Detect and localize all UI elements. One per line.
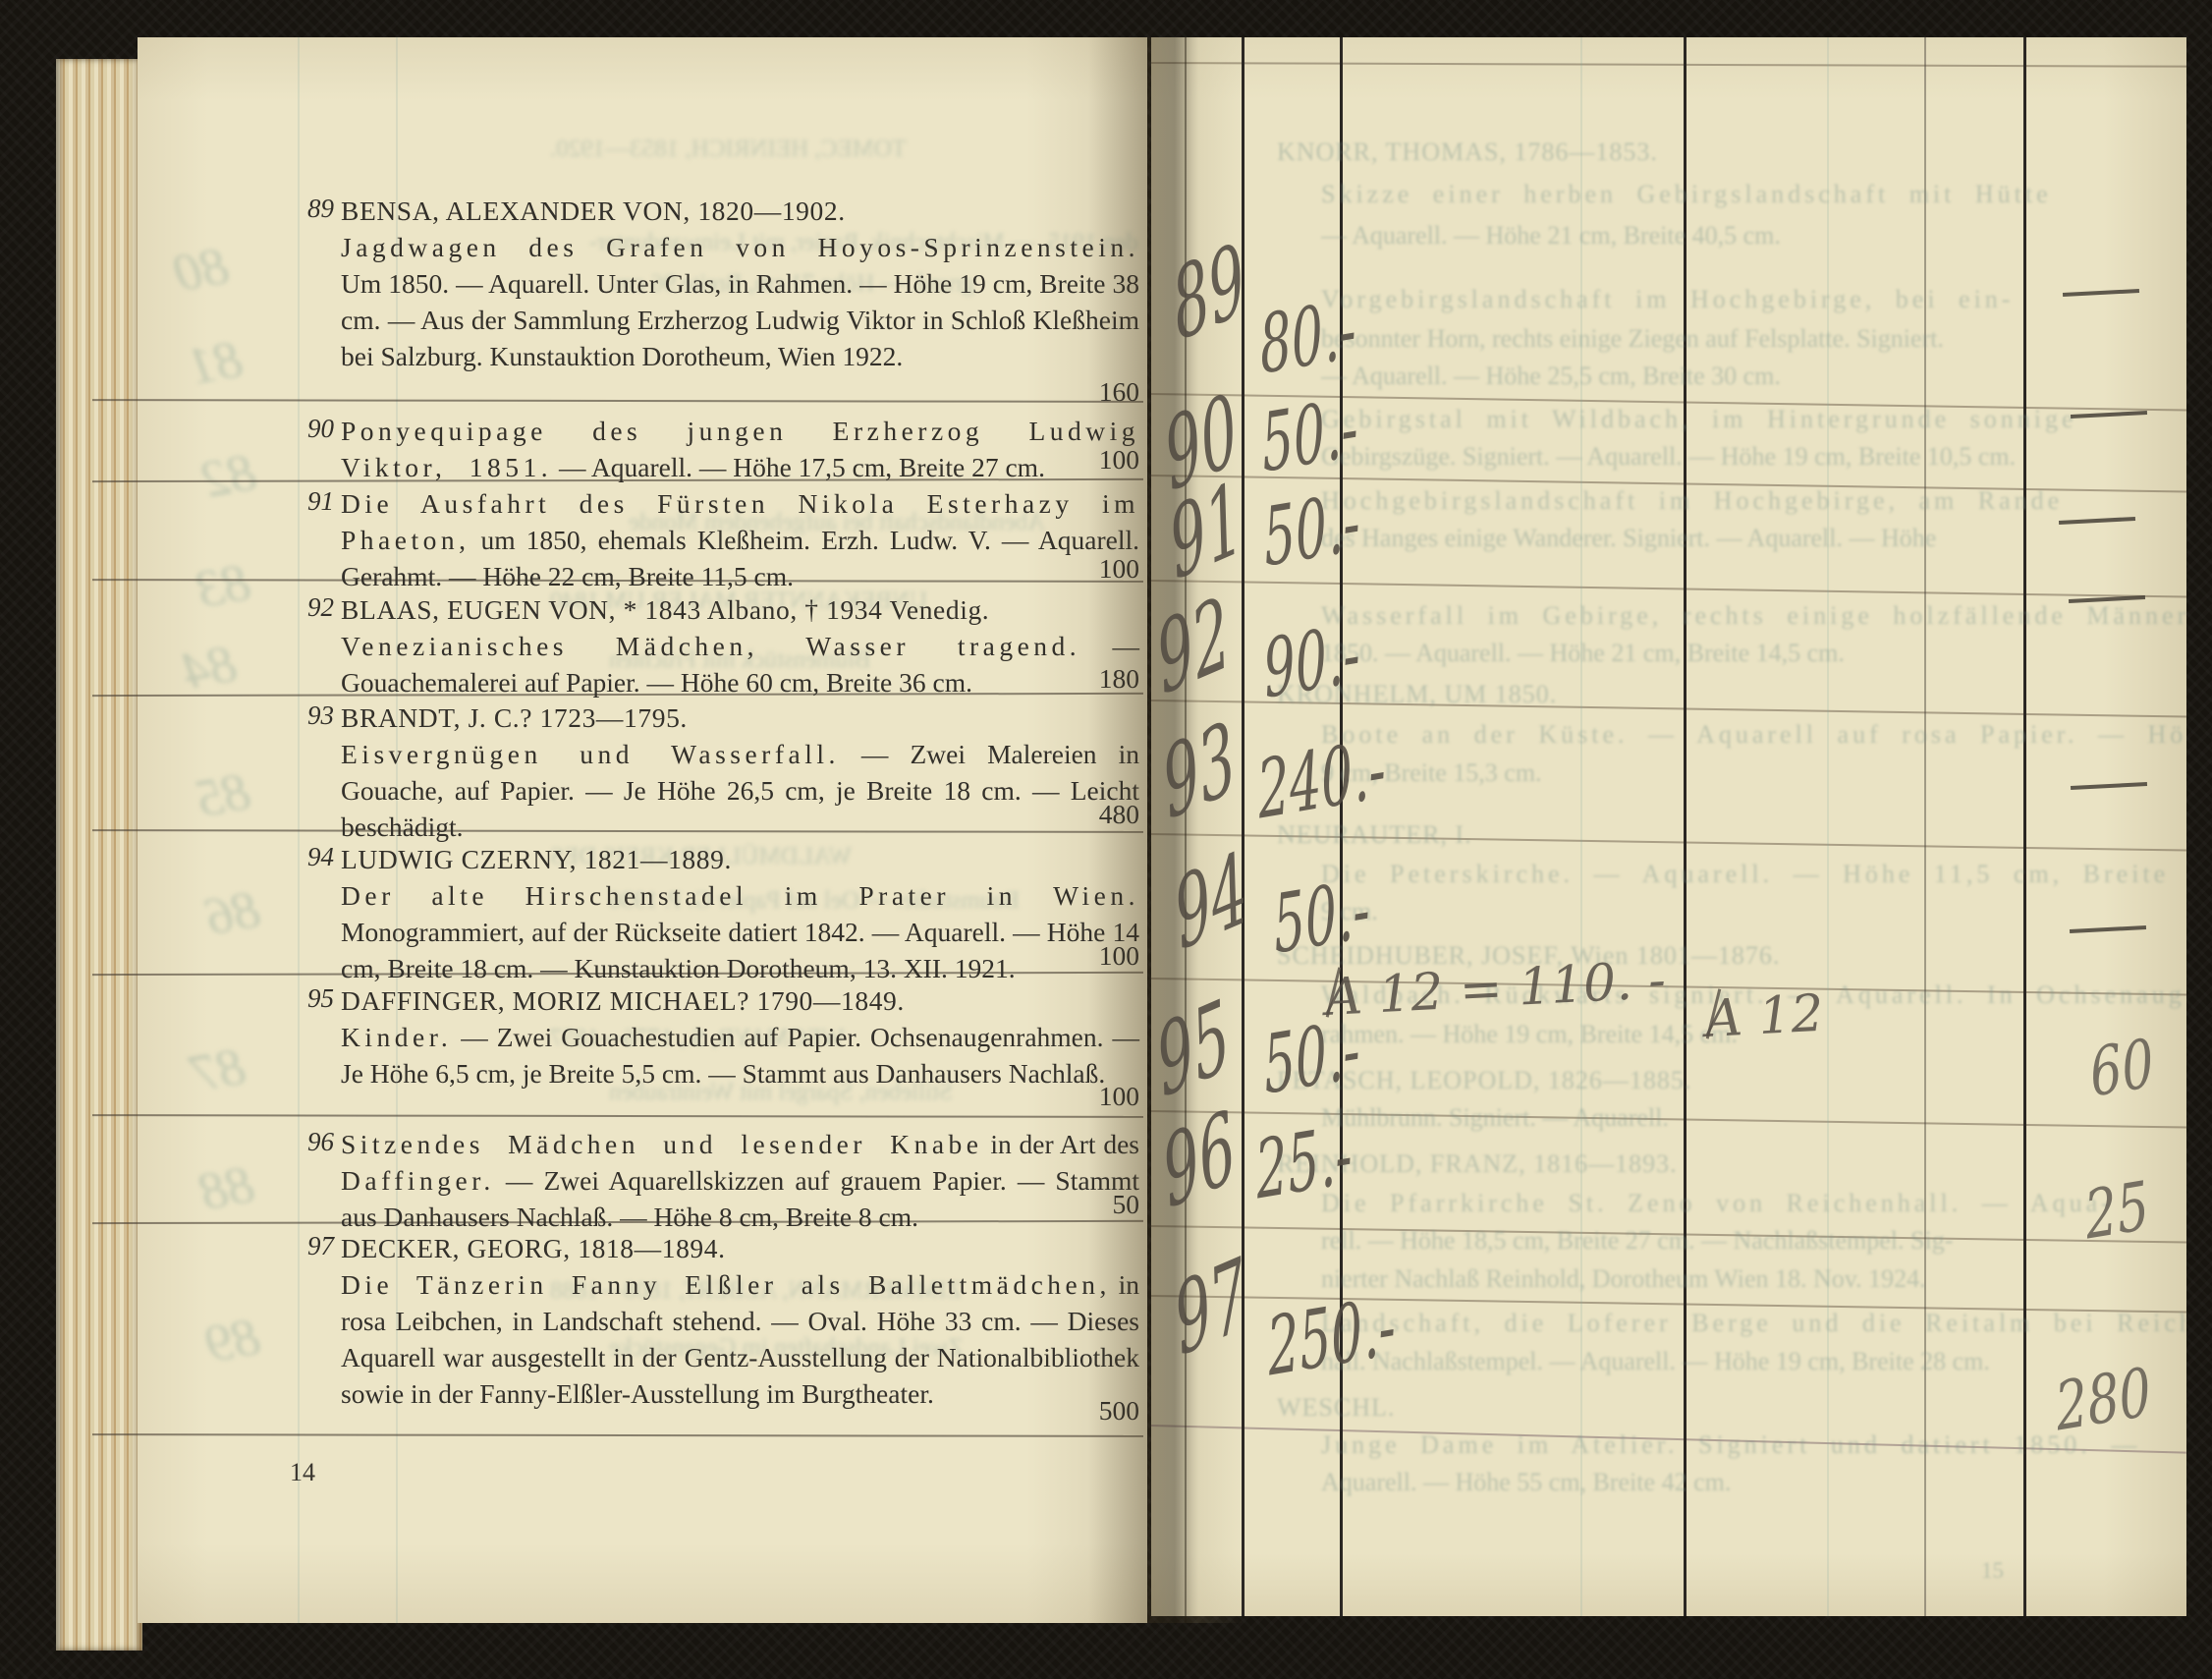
catalog-entry: 90Ponyequipage des jungen Erzherzog Ludw… [341,413,1139,485]
handwritten-lot-number: 96 [1157,1097,1242,1223]
entry-body: Die Tänzerin Fanny Elßler als Ballettmäd… [341,1266,1139,1412]
ghost-margin-number: 85 [192,760,254,829]
ghost-margin-number: 81 [184,328,247,397]
ghost-line: besonnter Horn, rechts einige Ziegen auf… [1321,324,1944,354]
ghost-page-number: 15 [1981,1558,2004,1584]
catalog-entry: 95DAFFINGER, MORIZ MICHAEL? 1790—1849.Ki… [341,982,1139,1091]
ghost-margin-number: 80 [170,235,233,304]
result-amount: 25 [2082,1173,2152,1250]
result-dash [2070,925,2146,933]
ghost-line: Aquarell. — Höhe 55 cm, Breite 42 cm. [1321,1468,1731,1497]
catalog-entry: 89BENSA, ALEXANDER VON, 1820—1902.Jagdwa… [341,193,1139,374]
ghost-line: nierter Nachlaß Reinhold, Dorotheum Wien… [1321,1264,1926,1294]
result-dash [2071,411,2147,419]
catalog-entry: 96Sitzendes Mädchen und lesender Knabe i… [341,1126,1139,1235]
handwritten-price: 250.- [1265,1287,1398,1389]
estimate-price: 180 [1031,663,1139,695]
ledger-ruled-line [1151,62,2186,67]
ghost-line: Junge Dame im Atelier. Signiert und dati… [1321,1430,2140,1460]
entry-body: Kinder. — Zwei Gouachestudien auf Papier… [341,1019,1139,1091]
handwritten-price: 25.- [1253,1115,1355,1211]
handwritten-lot-number: 94 [1169,839,1253,965]
handwritten-lot-number: 89 [1167,230,1251,356]
ghost-line: TOMEC, HEINRICH, 1853—1920. [550,136,907,163]
ghost-line: Die Pfarrkirche St. Zeno von Reichenhall… [1321,1189,2114,1218]
estimate-price: 100 [1031,1081,1139,1112]
estimate-price: 100 [1031,553,1139,585]
entry-body: Jagdwagen des Grafen von Hoyos-Sprinzens… [341,229,1139,374]
right-ledger-page: 15 KNORR, THOMAS, 1786—1853.Skizze einer… [1151,37,2186,1616]
lot-separator-line [92,1114,1143,1118]
lot-separator-line [92,1433,1143,1437]
ghost-line: Gebirgszüge. Signiert. — Aquarell. — Höh… [1321,442,2016,472]
ghost-line: Mühlbrunn. Signiert. — Aquarell. [1321,1103,1669,1133]
estimate-price: 500 [1031,1395,1139,1427]
ledger-ruled-line [1151,580,2186,597]
ghost-line: Gebirgstal mit Wildbach, im Hintergrunde… [1321,405,2077,434]
ghost-line: Vorgebirgslandschaft im Hochgebirge, bei… [1321,285,2014,314]
estimate-price: 160 [1031,376,1139,408]
artist-line: DAFFINGER, MORIZ MICHAEL? 1790—1849. [341,982,1139,1019]
ledger-vertical-rule [1924,37,1926,1616]
handwritten-lot-number: 93 [1157,708,1242,834]
ghost-line: WESCHL. [1277,1393,1395,1423]
ghost-line: — Aquarell. — Höhe 25,5 cm, Breite 30 cm… [1321,362,1781,391]
entry-body: Der alte Hirschenstadel im Prater in Wie… [341,877,1139,986]
handwritten-price: 50.- [1259,388,1360,484]
ghost-margin-number: 86 [201,878,264,947]
handwritten-price: 90.- [1261,614,1362,710]
scanned-book-photo: { "document_type": "auction-catalogue-sp… [0,0,2212,1679]
artist-line: BENSA, ALEXANDER VON, 1820—1902. [341,193,1139,229]
ghost-line: KNORR, THOMAS, 1786—1853. [1277,138,1658,167]
page-number-left: 14 [290,1458,315,1487]
entry-number: 89 [257,194,334,224]
ghost-vertical-rule [1827,37,1829,1616]
estimate-price: 50 [1031,1189,1139,1220]
ghost-line: Hochgebirgslandschaft im Hochgebirge, am… [1321,486,2063,516]
handwritten-price: 80.- [1257,290,1358,386]
artist-line: DECKER, GEORG, 1818—1894. [341,1230,1139,1266]
estimate-price: 480 [1031,799,1139,830]
catalog-entry: 94LUDWIG CZERNY, 1821—1889.Der alte Hirs… [341,841,1139,986]
ghost-line: 1850. — Aquarell. — Höhe 21 cm, Breite 1… [1321,639,1845,668]
ghost-line: hall. Nachlaßstempel. — Aquarell. — Höhe… [1321,1347,1990,1376]
result-dash [2059,517,2135,525]
result-dash [2063,289,2139,297]
entry-number: 91 [257,486,334,517]
ghost-line: Boote an der Küste. — Aquarell auf rosa … [1321,720,2185,750]
artist-line: LUDWIG CZERNY, 1821—1889. [341,841,1139,877]
handwritten-lot-number: 91 [1164,469,1248,594]
catalog-entry: 92BLAAS, EUGEN VON, * 1843 Albano, † 193… [341,591,1139,700]
estimate-price: 100 [1031,444,1139,476]
ghost-margin-number: 88 [195,1153,258,1222]
ghost-margin-number: 89 [201,1306,264,1374]
ghost-line: Die Peterskirche. — Aquarell. — Höhe 11,… [1321,860,2169,889]
entry-number: 95 [257,983,334,1014]
pencil-annotation: A 12 = 110. - [1324,955,1667,1024]
entry-body: Eisvergnügen und Wasserfall. — Zwei Male… [341,736,1139,845]
ghost-vertical-rule [1580,37,1582,1616]
ghost-margin-number: 82 [197,441,260,510]
ghost-line: — Aquarell. — Höhe 21 cm, Breite 40,5 cm… [1321,221,1781,251]
estimate-price: 100 [1031,940,1139,972]
ghost-line: des Hanges einige Wanderer. Signiert. — … [1321,524,1936,553]
pencil-annotation: A 12 [1704,988,1825,1045]
result-amount: 280 [2053,1360,2154,1441]
entry-number: 90 [257,414,334,444]
entry-number: 96 [257,1127,334,1157]
ghost-margin-number: 87 [187,1035,249,1104]
catalog-entry: 93BRANDT, J. C.? 1723—1795.Eisvergnügen … [341,700,1139,845]
page-stack-edge [56,59,142,1651]
left-catalog-page: 14 TOMEC, HEINRICH, 1853—1920.den 1915. … [138,37,1147,1623]
handwritten-price: 50.- [1271,869,1372,966]
result-amount: 60 [2087,1031,2157,1107]
ghost-margin-number: 83 [192,551,254,620]
catalog-entry: 91Die Ausfahrt des Fürsten Nikola Esterh… [341,485,1139,594]
handwritten-price: 240.- [1255,730,1388,832]
handwritten-price: 50.- [1261,482,1362,579]
entry-body: Sitzendes Mädchen und lesender Knabe in … [341,1126,1139,1235]
ledger-vertical-rule [1684,37,1687,1616]
ghost-line: Wasserfall im Gebirge, rechts einige hol… [1321,601,2185,631]
handwritten-lot-number: 92 [1151,584,1236,709]
entry-number: 93 [257,700,334,731]
artist-line: BLAAS, EUGEN VON, * 1843 Albano, † 1934 … [341,591,1139,628]
ledger-vertical-rule [2023,37,2026,1616]
lot-separator-line [92,399,1143,403]
entry-number: 92 [257,592,334,623]
result-dash [2071,782,2147,790]
entry-body: Venezianisches Mädchen, Wasser tragend. … [341,628,1139,700]
entry-body: Die Ausfahrt des Fürsten Nikola Esterhaz… [341,485,1139,594]
handwritten-lot-number: 97 [1169,1245,1253,1371]
ghost-line: Skizze einer herben Gebirgslandschaft mi… [1321,180,2052,209]
entry-body: Ponyequipage des jungen Erzherzog Ludwig… [341,413,1139,485]
ghost-margin-number: 84 [178,633,241,701]
entry-number: 97 [257,1231,334,1261]
entry-number: 94 [257,842,334,872]
artist-line: BRANDT, J. C.? 1723—1795. [341,700,1139,736]
ghost-line: Landschaft, die Loferer Berge und die Re… [1321,1309,2185,1338]
catalog-entry: 97DECKER, GEORG, 1818—1894.Die Tänzerin … [341,1230,1139,1412]
ghost-line: rell. — Höhe 18,5 cm, Breite 27 cm. — Na… [1321,1226,1953,1256]
